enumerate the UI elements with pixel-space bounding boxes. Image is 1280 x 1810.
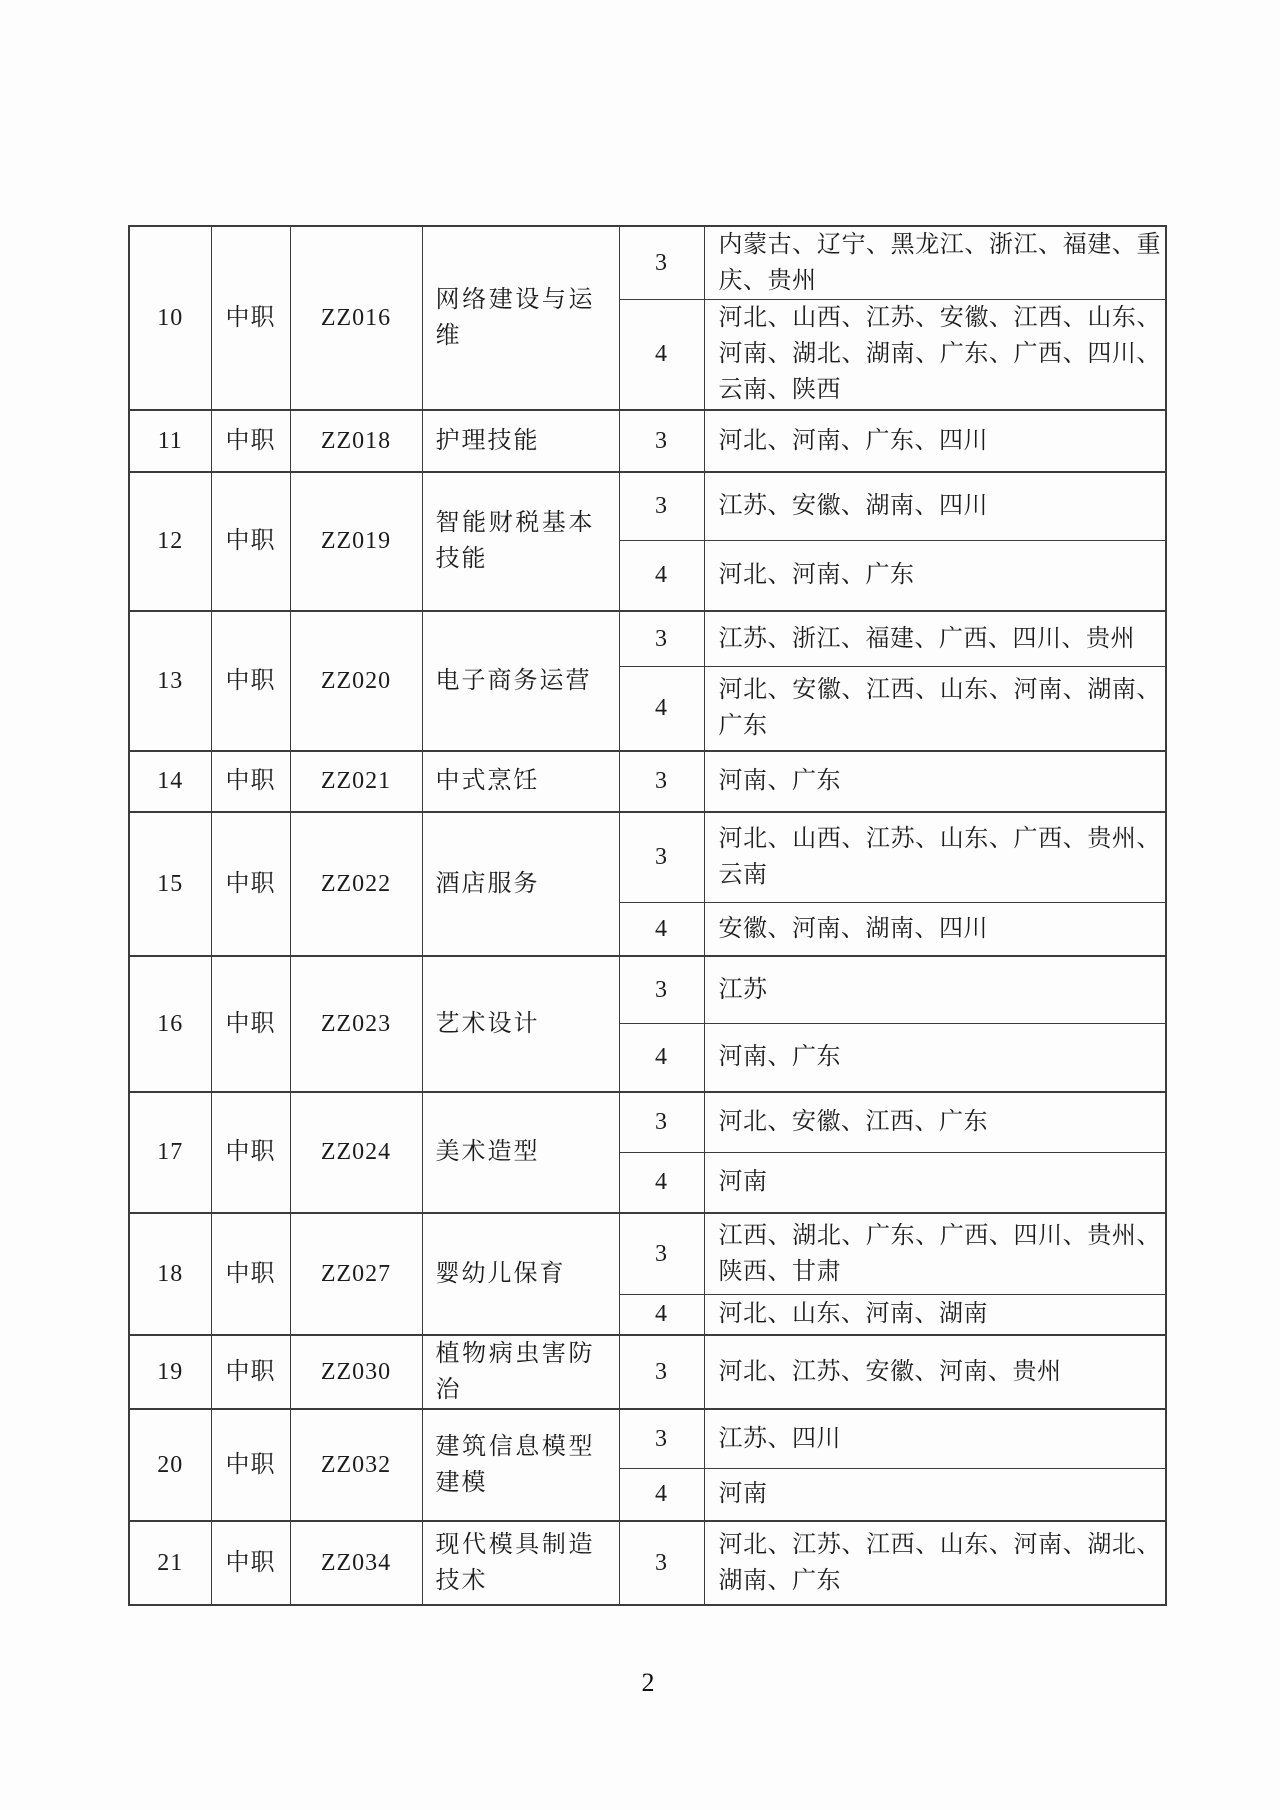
team-size-cell: 3 [619,410,704,472]
table-row: 17中职ZZ024美术造型3河北、安徽、江西、广东 [129,1092,1166,1153]
provinces-cell: 河北、安徽、江西、山东、河南、湖南、广东 [704,667,1166,751]
event-name-cell: 电子商务运营 [422,611,619,751]
table-row: 10中职ZZ016网络建设与运维3内蒙古、辽宁、黑龙江、浙江、福建、重庆、贵州 [129,226,1166,300]
serial-number-cell: 10 [129,226,211,410]
table-row: 13中职ZZ020电子商务运营3江苏、浙江、福建、广西、四川、贵州 [129,611,1166,667]
team-size-cell: 3 [619,1335,704,1409]
level-cell: 中职 [211,226,290,410]
provinces-cell: 河南、广东 [704,751,1166,812]
provinces-cell: 河南 [704,1469,1166,1521]
table-row: 12中职ZZ019智能财税基本技能3江苏、安徽、湖南、四川 [129,472,1166,541]
serial-number-cell: 20 [129,1409,211,1521]
event-name-cell: 现代模具制造技术 [422,1521,619,1605]
serial-number-cell: 14 [129,751,211,812]
serial-number-cell: 17 [129,1092,211,1213]
table-row: 15中职ZZ022酒店服务3河北、山西、江苏、山东、广西、贵州、云南 [129,812,1166,903]
team-size-cell: 4 [619,1153,704,1213]
table-row: 11中职ZZ018护理技能3河北、河南、广东、四川 [129,410,1166,472]
team-size-cell: 4 [619,1469,704,1521]
event-name-cell: 艺术设计 [422,956,619,1092]
event-code-cell: ZZ019 [290,472,422,611]
serial-number-cell: 18 [129,1213,211,1335]
provinces-cell: 河北、江苏、安徽、河南、贵州 [704,1335,1166,1409]
event-name-cell: 美术造型 [422,1092,619,1213]
event-code-cell: ZZ023 [290,956,422,1092]
provinces-cell: 河北、安徽、江西、广东 [704,1092,1166,1153]
provinces-cell: 河北、河南、广东、四川 [704,410,1166,472]
serial-number-cell: 12 [129,472,211,611]
level-cell: 中职 [211,410,290,472]
team-size-cell: 3 [619,1521,704,1605]
provinces-cell: 河北、山西、江苏、安徽、江西、山东、河南、湖北、湖南、广东、广西、四川、云南、陕… [704,300,1166,410]
event-code-cell: ZZ022 [290,812,422,956]
event-name-cell: 酒店服务 [422,812,619,956]
provinces-cell: 河北、山西、江苏、山东、广西、贵州、云南 [704,812,1166,903]
event-name-cell: 中式烹饪 [422,751,619,812]
team-size-cell: 4 [619,1295,704,1335]
table-row: 18中职ZZ027婴幼儿保育3江西、湖北、广东、广西、四川、贵州、陕西、甘肃 [129,1213,1166,1295]
serial-number-cell: 19 [129,1335,211,1409]
event-code-cell: ZZ032 [290,1409,422,1521]
provinces-cell: 河北、山东、河南、湖南 [704,1295,1166,1335]
level-cell: 中职 [211,1521,290,1605]
level-cell: 中职 [211,1092,290,1213]
level-cell: 中职 [211,751,290,812]
provinces-cell: 江苏 [704,956,1166,1024]
event-code-cell: ZZ016 [290,226,422,410]
provinces-cell: 安徽、河南、湖南、四川 [704,903,1166,956]
provinces-cell: 河北、江苏、江西、山东、河南、湖北、湖南、广东 [704,1521,1166,1605]
serial-number-cell: 11 [129,410,211,472]
event-name-cell: 智能财税基本技能 [422,472,619,611]
serial-number-cell: 21 [129,1521,211,1605]
provinces-cell: 内蒙古、辽宁、黑龙江、浙江、福建、重庆、贵州 [704,226,1166,300]
team-size-cell: 3 [619,611,704,667]
team-size-cell: 3 [619,1092,704,1153]
level-cell: 中职 [211,956,290,1092]
provinces-cell: 河南 [704,1153,1166,1213]
event-code-cell: ZZ021 [290,751,422,812]
event-code-cell: ZZ030 [290,1335,422,1409]
provinces-cell: 河北、河南、广东 [704,541,1166,611]
event-code-cell: ZZ024 [290,1092,422,1213]
team-size-cell: 3 [619,812,704,903]
level-cell: 中职 [211,1335,290,1409]
event-name-cell: 植物病虫害防治 [422,1335,619,1409]
event-name-cell: 婴幼儿保育 [422,1213,619,1335]
serial-number-cell: 15 [129,812,211,956]
provinces-cell: 江苏、安徽、湖南、四川 [704,472,1166,541]
team-size-cell: 3 [619,472,704,541]
table-row: 14中职ZZ021中式烹饪3河南、广东 [129,751,1166,812]
team-size-cell: 3 [619,1409,704,1469]
event-name-cell: 护理技能 [422,410,619,472]
level-cell: 中职 [211,1409,290,1521]
table-row: 16中职ZZ023艺术设计3江苏 [129,956,1166,1024]
table-row: 20中职ZZ032建筑信息模型建模3江苏、四川 [129,1409,1166,1469]
event-name-cell: 网络建设与运维 [422,226,619,410]
serial-number-cell: 13 [129,611,211,751]
level-cell: 中职 [211,1213,290,1335]
event-code-cell: ZZ018 [290,410,422,472]
provinces-cell: 河南、广东 [704,1024,1166,1092]
table-row: 19中职ZZ030植物病虫害防治3河北、江苏、安徽、河南、贵州 [129,1335,1166,1409]
events-table: 10中职ZZ016网络建设与运维3内蒙古、辽宁、黑龙江、浙江、福建、重庆、贵州4… [128,225,1167,1606]
serial-number-cell: 16 [129,956,211,1092]
team-size-cell: 3 [619,751,704,812]
provinces-cell: 江西、湖北、广东、广西、四川、贵州、陕西、甘肃 [704,1213,1166,1295]
level-cell: 中职 [211,611,290,751]
team-size-cell: 4 [619,541,704,611]
level-cell: 中职 [211,812,290,956]
provinces-cell: 江苏、四川 [704,1409,1166,1469]
event-name-cell: 建筑信息模型建模 [422,1409,619,1521]
team-size-cell: 4 [619,903,704,956]
team-size-cell: 3 [619,956,704,1024]
team-size-cell: 4 [619,300,704,410]
provinces-cell: 江苏、浙江、福建、广西、四川、贵州 [704,611,1166,667]
page-number: 2 [642,1668,655,1698]
table-row: 21中职ZZ034现代模具制造技术3河北、江苏、江西、山东、河南、湖北、湖南、广… [129,1521,1166,1605]
team-size-cell: 4 [619,667,704,751]
document-page: 10中职ZZ016网络建设与运维3内蒙古、辽宁、黑龙江、浙江、福建、重庆、贵州4… [0,0,1280,1810]
event-code-cell: ZZ020 [290,611,422,751]
team-size-cell: 3 [619,1213,704,1295]
level-cell: 中职 [211,472,290,611]
event-code-cell: ZZ027 [290,1213,422,1335]
event-code-cell: ZZ034 [290,1521,422,1605]
team-size-cell: 3 [619,226,704,300]
team-size-cell: 4 [619,1024,704,1092]
